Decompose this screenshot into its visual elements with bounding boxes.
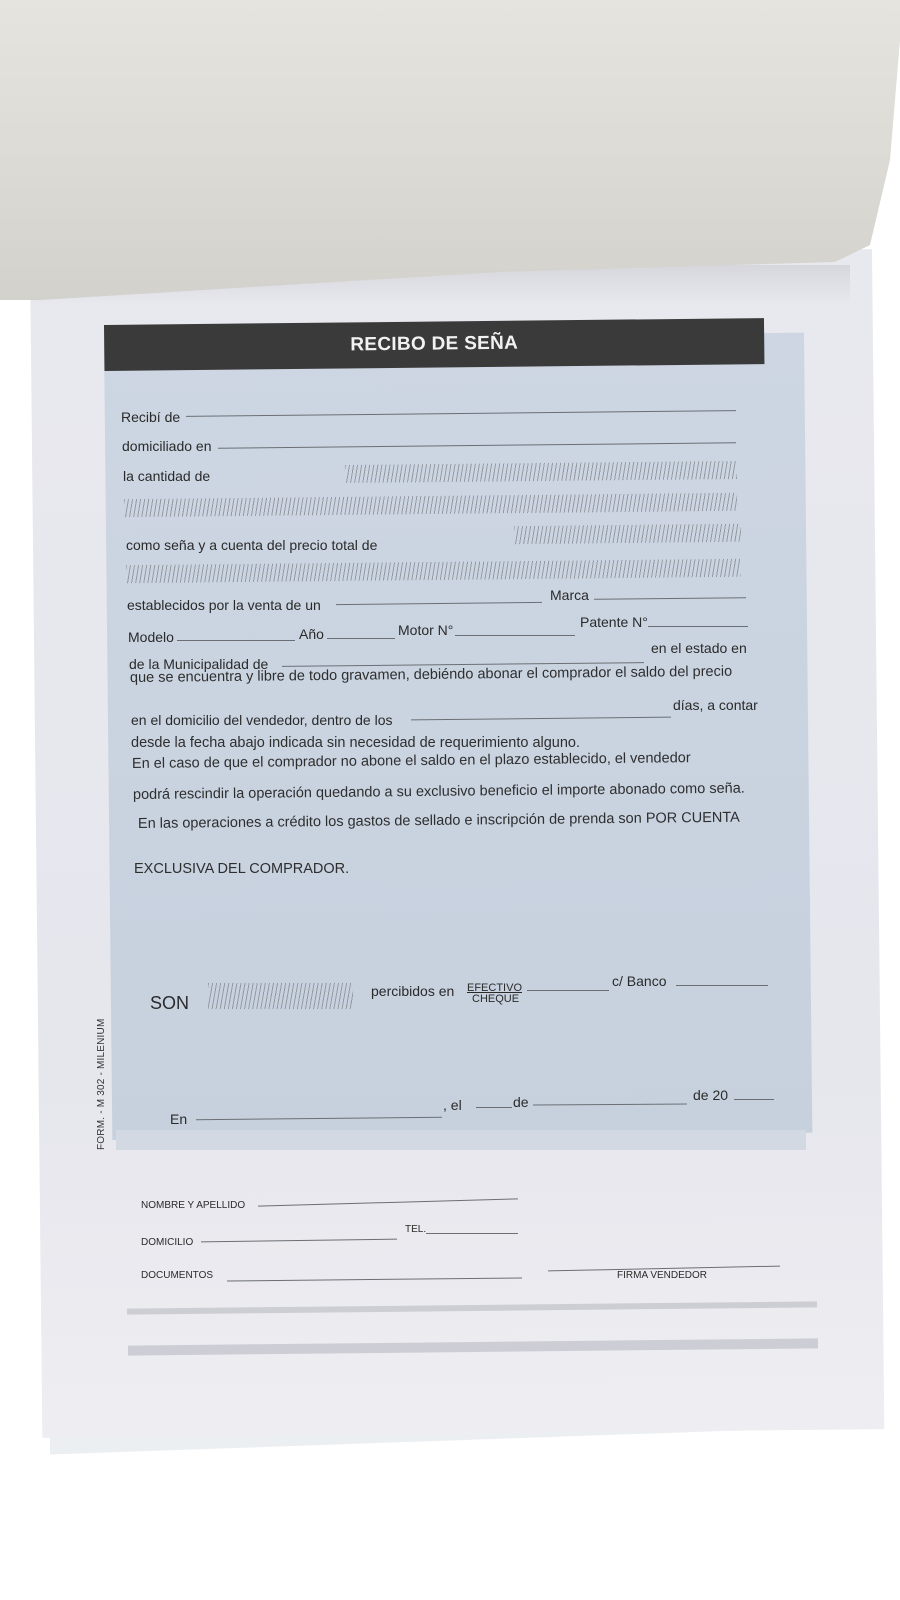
label-modelo: Modelo — [128, 629, 174, 645]
form-code-label: FORM. - M 302 - MILENIUM — [96, 1019, 107, 1150]
field-banco[interactable] — [676, 985, 768, 986]
field-son-amount[interactable] — [208, 983, 353, 1009]
label-marca: Marca — [550, 587, 589, 603]
label-en: En — [170, 1111, 187, 1127]
field-precio-total[interactable] — [514, 524, 741, 544]
label-nombre-apellido: NOMBRE Y APELLIDO — [141, 1200, 245, 1211]
field-anio-fecha[interactable] — [734, 1099, 774, 1100]
label-tel: TEL. — [405, 1224, 426, 1235]
form-shaded-area-bottom — [116, 1130, 806, 1150]
form-title-bar: RECIBO DE SEÑA — [104, 318, 764, 371]
field-anio[interactable] — [327, 638, 395, 639]
field-modelo[interactable] — [177, 640, 295, 641]
field-forma-pago[interactable] — [527, 990, 609, 991]
label-de-anio: de 20 — [693, 1087, 728, 1103]
text-desde-fecha: desde la fecha abajo indicada sin necesi… — [131, 735, 580, 751]
label-son: SON — [150, 993, 189, 1014]
label-percibidos-en: percibidos en — [371, 983, 454, 999]
field-patente[interactable] — [648, 626, 748, 627]
label-la-cantidad-de: la cantidad de — [123, 468, 210, 484]
label-domiciliado-en: domiciliado en — [122, 438, 212, 454]
label-motor: Motor N° — [398, 622, 453, 638]
field-tel[interactable] — [426, 1233, 518, 1234]
option-cheque[interactable]: CHEQUE — [472, 993, 519, 1005]
field-motor[interactable] — [455, 635, 575, 636]
label-domicilio: DOMICILIO — [141, 1237, 193, 1248]
label-recibi-de: Recibí de — [121, 409, 180, 425]
label-anio: Año — [299, 626, 324, 642]
label-dentro-de-los: en el domicilio del vendedor, dentro de … — [131, 712, 393, 728]
folded-cover-page — [0, 0, 900, 305]
label-de-mes: de — [513, 1094, 529, 1110]
label-el: , el — [443, 1097, 462, 1113]
label-firma-vendedor: FIRMA VENDEDOR — [617, 1270, 707, 1281]
field-dia[interactable] — [476, 1107, 512, 1108]
label-establecidos: establecidos por la venta de un — [127, 597, 321, 613]
label-documentos: DOCUMENTOS — [141, 1270, 213, 1281]
label-banco: c/ Banco — [612, 973, 666, 989]
text-credito-2: EXCLUSIVA DEL COMPRADOR. — [134, 861, 349, 877]
label-patente: Patente N° — [580, 614, 648, 630]
label-dias: días, a contar — [673, 697, 758, 713]
label-como-sena: como seña y a cuenta del precio total de — [126, 537, 377, 553]
form-title: RECIBO DE SEÑA — [350, 333, 518, 357]
label-estado-en: en el estado en — [651, 640, 747, 656]
